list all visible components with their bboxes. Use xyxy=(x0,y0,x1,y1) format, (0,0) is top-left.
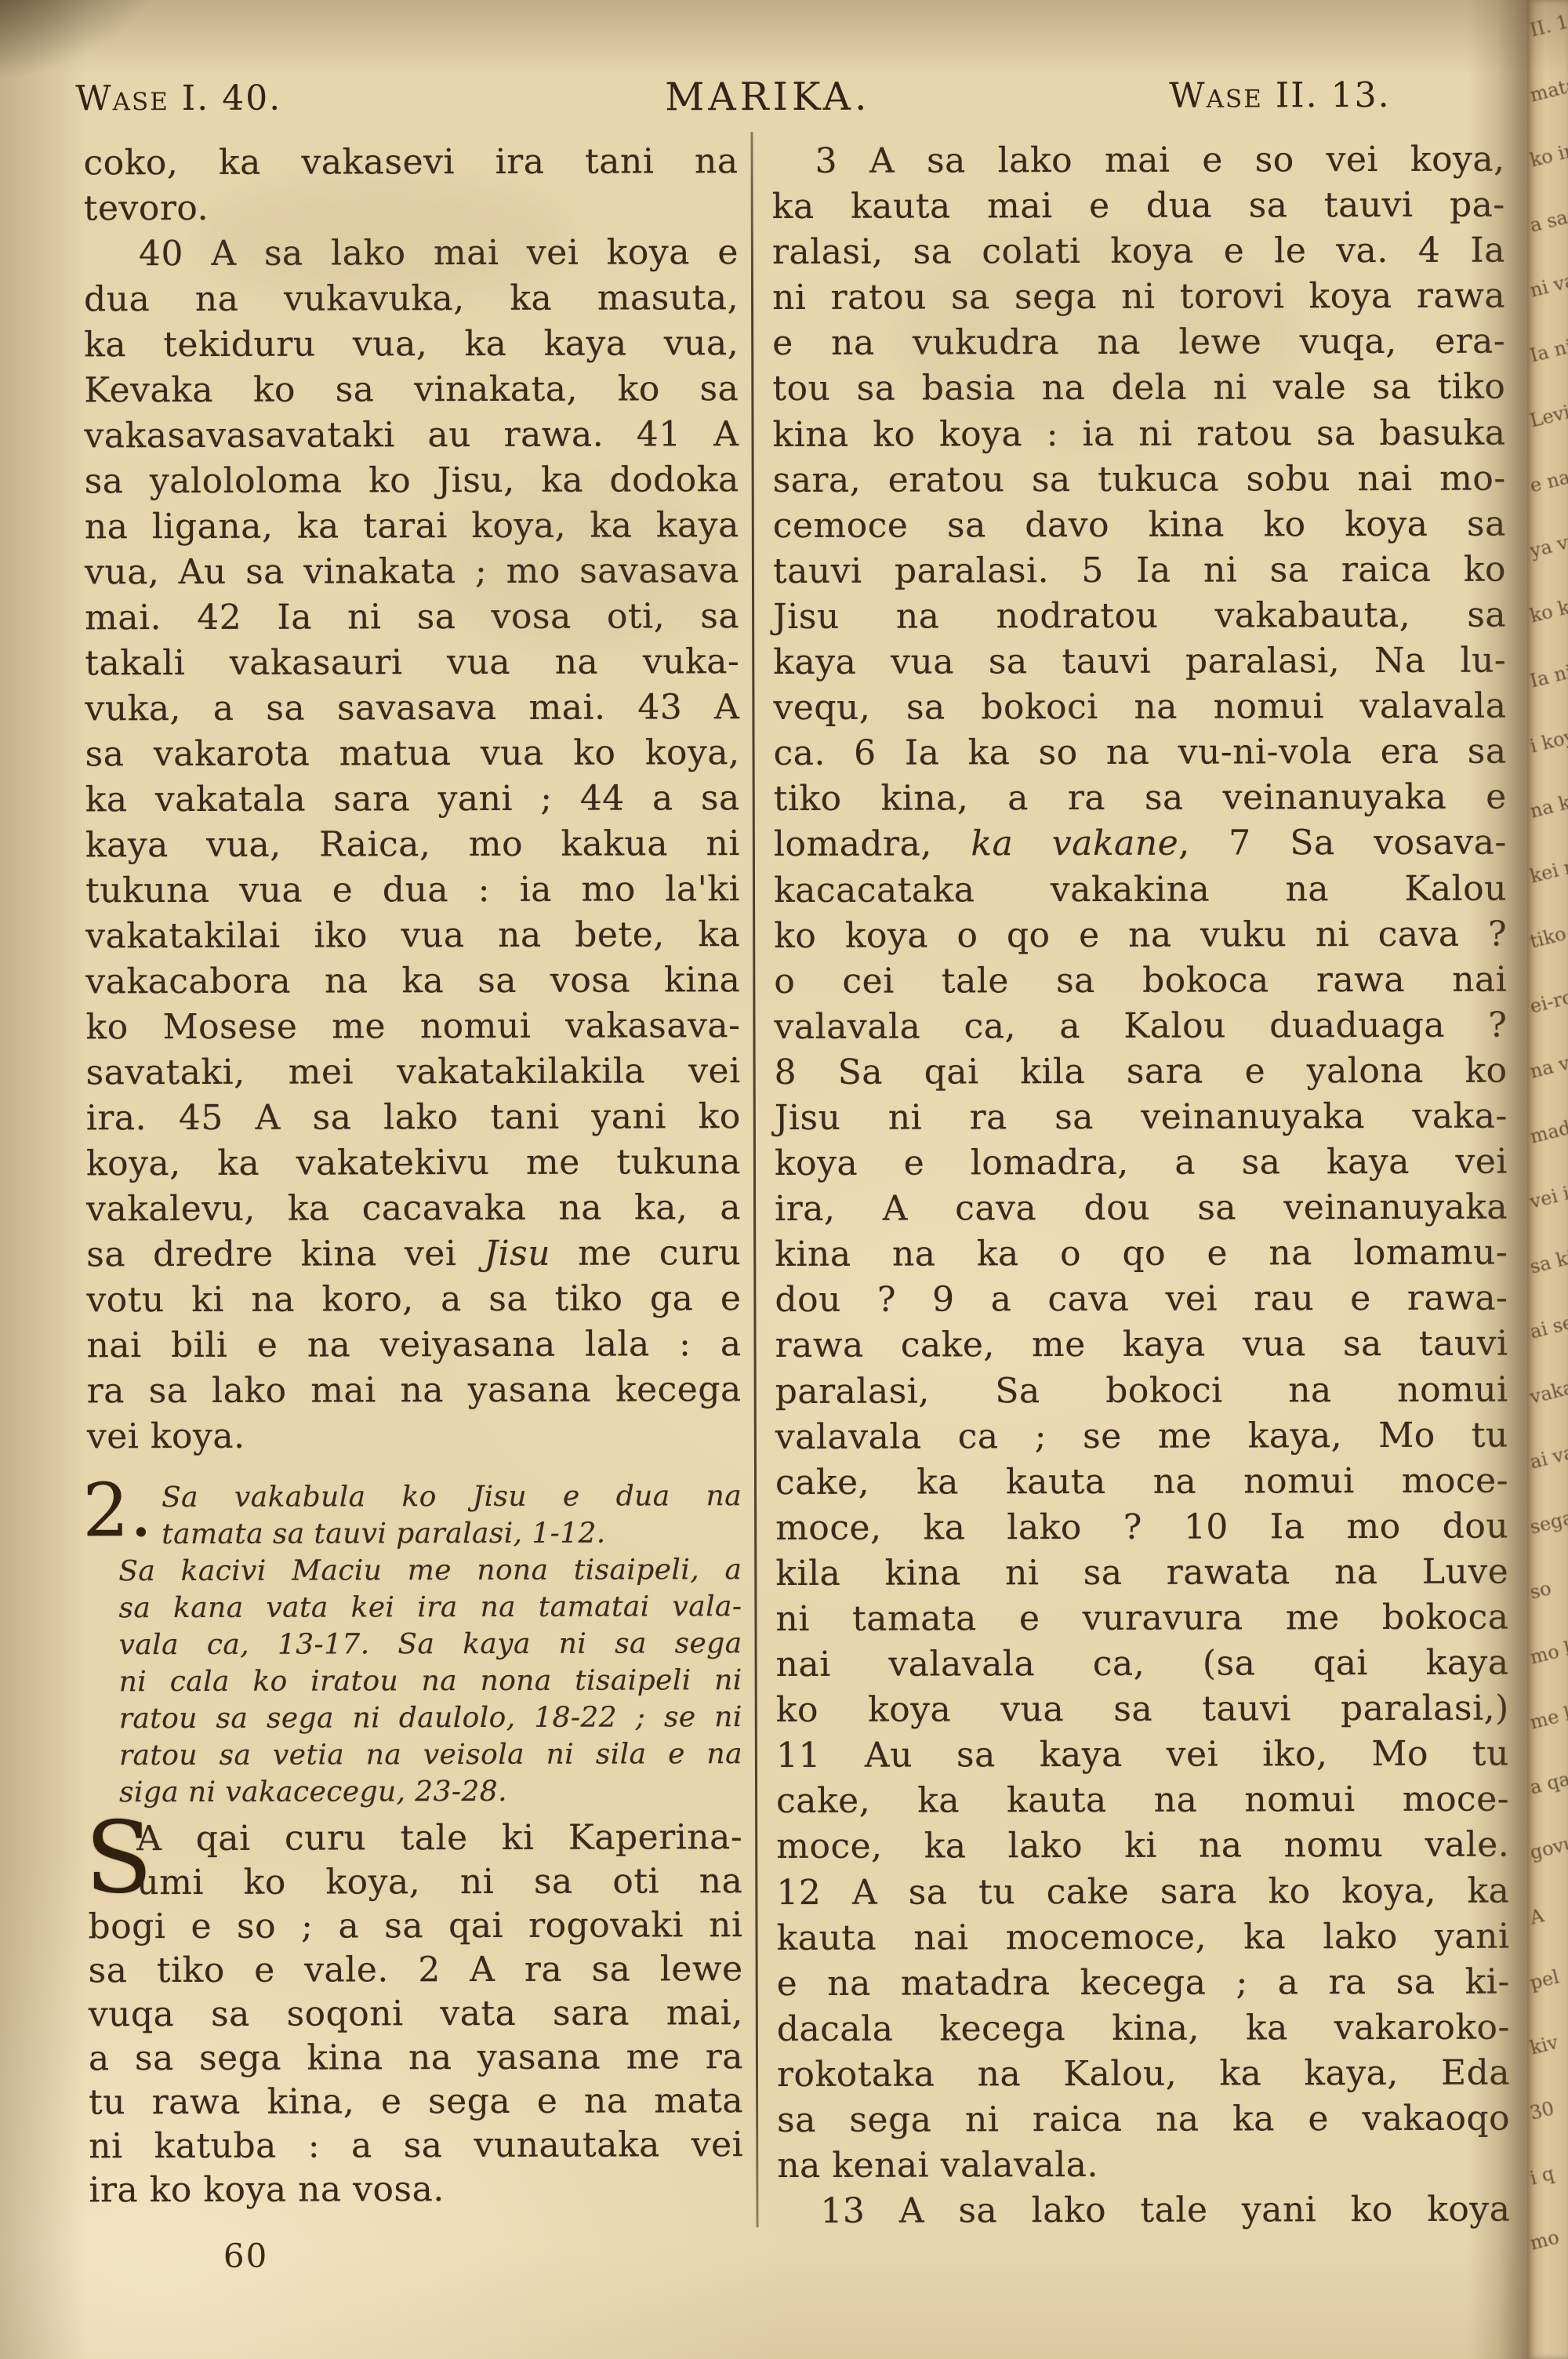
edge-text-fragment: ni va xyxy=(1528,253,1568,301)
text-line: nai bili e na veiyasana lala : a xyxy=(86,1321,741,1369)
edge-text-fragment: govu xyxy=(1528,1815,1568,1863)
text-line: ca. 6 Ia ka so na vu-ni-vola era sa xyxy=(774,729,1507,777)
summary-line: ratou sa vetia na veisola ni sila e na xyxy=(119,1736,742,1774)
edge-text-fragment: vei ir xyxy=(1528,1164,1568,1212)
summary-line: Sa vakabula ko Jisu e dua na xyxy=(118,1478,742,1516)
text-line: vequ, sa bokoci na nomui valavala xyxy=(773,684,1506,732)
text-line: sara, eratou sa tukuca sobu nai mo- xyxy=(773,456,1506,503)
text-line: tevoro. xyxy=(84,184,739,231)
text-line: 13 A sa lako tale yani ko koya xyxy=(777,2187,1510,2235)
text-line: vakacabora na ka sa vosa kina xyxy=(85,958,740,1005)
text-line: e na vukudra na lewe vuqa, era- xyxy=(772,319,1505,367)
edge-text-fragment: sa ki xyxy=(1528,1229,1568,1278)
text-line: vakatakilai iko vua na bete, ka xyxy=(85,912,740,959)
edge-text-fragment: sega n xyxy=(1528,1489,1568,1538)
text-line: tukuna vua e dua : ia mo la'ki xyxy=(85,867,740,914)
text-line: kaya vua sa tauvi paralasi, Na lu- xyxy=(773,638,1506,686)
text-line: na kenai valavala. xyxy=(777,2142,1510,2190)
edge-text-fragment: ko koy xyxy=(1528,578,1568,627)
text-line: mai. 42 Ia ni sa vosa oti, sa xyxy=(85,594,739,641)
text-line: ralasi, sa colati koya e le va. 4 Ia xyxy=(772,228,1505,276)
text-line: a sa sega kina na yasana me ra xyxy=(89,2035,743,2081)
edge-text-fragment: kei na xyxy=(1528,838,1568,887)
edge-text-fragment: A xyxy=(1528,1880,1568,1928)
text-line: kila kina ni sa rawata na Luve xyxy=(775,1549,1508,1597)
chapter-number: 2. xyxy=(82,1474,153,1548)
text-line: kina ko koya : ia ni ratou sa basuka xyxy=(772,410,1505,458)
opening-paragraph-text: A qai curu tale ki Kaperina-umi ko koya,… xyxy=(88,1816,743,2212)
text-line: koya e lomadra, a sa kaya vei xyxy=(775,1140,1508,1187)
text-line: dacala kecega kina, ka vakaroko- xyxy=(777,2005,1510,2052)
text-line: cake, ka kauta na nomui moce- xyxy=(775,1458,1508,1506)
edge-text-fragment: na ku xyxy=(1528,773,1568,822)
text-line: sa tiko e vale. 2 A ra sa lewe xyxy=(89,1947,743,1993)
text-line: vua, Au sa vinakata ; mo savasava xyxy=(85,548,739,595)
edge-text-fragment: ei-ro xyxy=(1528,969,1568,1017)
left-column: coko, ka vakasevi ira tani natevoro.40 A… xyxy=(84,139,742,1459)
text-line: sa dredre kina vei Jisu me curu xyxy=(86,1230,741,1278)
edge-text-fragment: kiv xyxy=(1528,2010,1568,2059)
summary-line: siga ni vakacecegu, 23-28. xyxy=(119,1772,742,1811)
edge-text-fragment: II. 14 xyxy=(1528,0,1568,41)
text-line: vuka, a sa savasava mai. 43 A xyxy=(85,685,739,732)
text-line: 3 A sa lako mai e so vei koya, xyxy=(772,137,1505,185)
text-line: tu rawa kina, e sega e na mata xyxy=(89,2079,743,2125)
text-line: A qai curu tale ki Kaperina- xyxy=(88,1816,742,1861)
text-line: ni katuba : a sa vunautaka vei xyxy=(89,2123,743,2168)
text-line: sa yalololoma ko Jisu, ka dodoka xyxy=(85,457,739,504)
text-line: 11 Au sa kaya vei iko, Mo tu xyxy=(776,1732,1509,1779)
summary-line: vala ca, 13-17. Sa kaya ni sa sega xyxy=(118,1625,742,1663)
edge-text-fragment: pel xyxy=(1528,1945,1568,1994)
text-line: vakasavasavataki au rawa. 41 A xyxy=(84,412,739,459)
text-line: e na matadra kecega ; a ra sa ki- xyxy=(777,1959,1510,2007)
edge-text-fragment: me k xyxy=(1528,1685,1568,1733)
text-line: na ligana, ka tarai koya, ka kaya xyxy=(85,503,739,550)
next-page-edge: II. 14matasko iraa sani vaIa niLevie na … xyxy=(1527,0,1568,2359)
text-line: 12 A sa tu cake sara ko koya, ka xyxy=(776,1868,1509,1916)
edge-text-fragment: Ia ni xyxy=(1528,643,1568,692)
chapter-2-opening-paragraph: S A qai curu tale ki Kaperina-umi ko koy… xyxy=(88,1816,743,2212)
text-line: umi ko koya, ni sa oti na xyxy=(88,1859,742,1905)
text-line: ra sa lako mai na yasana kecega xyxy=(87,1367,742,1414)
edge-text-fragment: vaka xyxy=(1528,1359,1568,1408)
text-line: tauvi paralasi. 5 Ia ni sa raica ko xyxy=(773,547,1506,594)
text-line: ira, A cava dou sa veinanuyaka xyxy=(775,1185,1508,1233)
summary-line: ratou sa sega ni daulolo, 18-22 ; se ni xyxy=(119,1699,742,1737)
text-line: dua na vukavuka, ka masuta, xyxy=(84,275,739,322)
chapter-summary-text: Sa vakabula ko Jisu e dua natamata sa ta… xyxy=(118,1478,742,1811)
text-line: tou sa basia na dela ni vale sa tiko xyxy=(772,365,1505,413)
edge-text-fragment: e na val xyxy=(1528,448,1568,496)
text-line: o cei tale sa bokoca rawa nai xyxy=(774,957,1507,1005)
running-head-right: Wase II. 13. xyxy=(1169,75,1390,117)
edge-text-fragment: Ia ni xyxy=(1528,318,1568,366)
edge-text-fragment: 30 xyxy=(1528,2075,1568,2124)
edge-text-fragment: ya vua, xyxy=(1528,513,1568,562)
drop-cap-initial: S xyxy=(85,1812,153,1903)
text-line: tiko kina, a ra sa veinanuyaka e xyxy=(774,775,1507,823)
edge-text-fragment: Levi xyxy=(1528,383,1568,431)
text-line: paralasi, Sa bokoci na nomui xyxy=(775,1367,1508,1415)
text-line: ko koya vua sa tauvi paralasi,) xyxy=(776,1686,1509,1734)
text-line: moce, ka lako ? 10 Ia mo dou xyxy=(775,1503,1508,1551)
edge-text-fragment: a sa xyxy=(1528,187,1568,236)
text-line: vei koya. xyxy=(87,1412,742,1459)
text-line: 8 Sa qai kila sara e yalona ko xyxy=(775,1048,1508,1096)
edge-text-fragment: i q xyxy=(1528,2140,1568,2189)
edge-text-fragment: so xyxy=(1528,1554,1568,1603)
edge-text-fragment: mada xyxy=(1528,1099,1568,1147)
text-line: sa vakarota matua vua ko koya, xyxy=(85,730,740,777)
right-column-text: 3 A sa lako mai e so vei koya,ka kauta m… xyxy=(772,137,1511,2235)
text-line: rokotaka na Kalou, ka kaya, Eda xyxy=(777,2051,1510,2099)
edge-text-fragment: mo k xyxy=(1528,1619,1568,1668)
edge-text-fragment: ai va xyxy=(1528,1424,1568,1473)
edge-text-fragment: a qa xyxy=(1528,1750,1568,1798)
text-line: koya, ka vakatekivu me tukuna xyxy=(86,1140,741,1187)
running-head-title: MARIKA. xyxy=(665,77,871,118)
edge-text-fragment: ai se xyxy=(1528,1294,1568,1343)
text-line: cemoce sa davo kina ko koya sa xyxy=(773,501,1506,549)
text-line: ko Mosese me nomui vakasava- xyxy=(85,1003,740,1050)
text-line: ka tekiduru vua, ka kaya vua, xyxy=(84,321,739,368)
summary-line: ni cala ko iratou na nona tisaipeli ni xyxy=(119,1662,742,1700)
left-column-text: coko, ka vakasevi ira tani natevoro.40 A… xyxy=(84,139,742,1459)
text-line: ko koya o qo e na vuku ni cava ? xyxy=(774,911,1507,959)
text-line: ni tamata e vuravura me bokoca xyxy=(775,1595,1508,1643)
book-page-photo: Wase I. 40. MARIKA. Wase II. 13. coko, k… xyxy=(0,0,1568,2359)
column-divider-rule xyxy=(751,132,759,2227)
text-line: 40 A sa lako mai vei koya e xyxy=(84,230,739,277)
text-line: moce, ka lako ki na nomu vale. xyxy=(776,1823,1509,1870)
text-line: ni ratou sa sega ni torovi koya rawa xyxy=(772,274,1505,322)
text-line: dou ? 9 a cava vei rau e rawa- xyxy=(775,1276,1508,1324)
text-line: vakalevu, ka cacavaka na ka, a xyxy=(86,1185,741,1232)
text-line: votu ki na koro, a sa tiko ga e xyxy=(86,1276,741,1323)
text-line: lomadra, ka vakane, 7 Sa vosava- xyxy=(774,820,1507,868)
text-line: ka kauta mai e dua sa tauvi pa- xyxy=(772,183,1505,231)
text-line: Jisu ni ra sa veinanuyaka vaka- xyxy=(775,1094,1508,1142)
next-page-text-fragments: II. 14matasko iraa sani vaIa niLevie na … xyxy=(1530,20,1568,2299)
summary-line: tamata sa tauvi paralasi, 1-12. xyxy=(118,1514,742,1553)
page-number: 60 xyxy=(89,2236,403,2275)
edge-text-fragment: i koya xyxy=(1528,708,1568,757)
text-line: savataki, mei vakatakilakila vei xyxy=(86,1049,741,1096)
printed-page: Wase I. 40. MARIKA. Wase II. 13. coko, k… xyxy=(0,0,1568,2359)
edge-text-fragment: matas xyxy=(1528,57,1568,106)
edge-text-fragment: na va xyxy=(1528,1034,1568,1082)
text-line: vuqa sa soqoni vata sara mai, xyxy=(89,1991,743,2037)
edge-text-fragment: mo xyxy=(1528,2205,1568,2254)
text-line: kina na ka o qo e na lomamu- xyxy=(775,1230,1508,1278)
text-line: ira. 45 A sa lako tani yani ko xyxy=(86,1094,741,1141)
text-line: kaya vua, Raica, mo kakua ni xyxy=(85,821,740,868)
text-line: bogi e so ; a sa qai rogovaki ni xyxy=(88,1903,742,1949)
summary-line: Sa kacivi Maciu me nona tisaipeli, a xyxy=(118,1551,742,1590)
edge-text-fragment: ko ira xyxy=(1528,122,1568,171)
running-head-left: Wase I. 40. xyxy=(75,78,281,120)
edge-text-fragment: tiko n xyxy=(1528,903,1568,952)
text-line: cake, ka kauta na nomui moce- xyxy=(776,1777,1509,1825)
chapter-2-summary: 2. Sa vakabula ko Jisu e dua natamata sa… xyxy=(118,1478,742,1811)
text-line: takali vakasauri vua na vuka- xyxy=(85,639,739,686)
text-line: nai valavala ca, (sa qai kaya xyxy=(776,1641,1509,1688)
text-line: ira ko koya na vosa. xyxy=(89,2167,743,2212)
text-line: rawa cake, me kaya vua sa tauvi xyxy=(775,1321,1508,1369)
text-line: sa sega ni raica na ka e vakaoqo xyxy=(777,2096,1510,2144)
text-line: kacacataka vakakina na Kalou xyxy=(774,866,1507,914)
right-column: 3 A sa lako mai e so vei koya,ka kauta m… xyxy=(772,137,1511,2235)
text-line: valavala ca ; se me kaya, Mo tu xyxy=(775,1412,1508,1460)
text-line: kauta nai mocemoce, ka lako yani xyxy=(776,1914,1509,1961)
text-line: valavala ca, a Kalou duaduaga ? xyxy=(774,1002,1507,1050)
text-line: Jisu na nodratou vakabauta, sa xyxy=(773,593,1506,641)
text-line: coko, ka vakasevi ira tani na xyxy=(84,139,739,186)
summary-line: sa kana vata kei ira na tamatai vala- xyxy=(118,1588,742,1627)
text-line: ka vakatala sara yani ; 44 a sa xyxy=(85,776,740,823)
text-line: Kevaka ko sa vinakata, ko sa xyxy=(84,366,739,413)
